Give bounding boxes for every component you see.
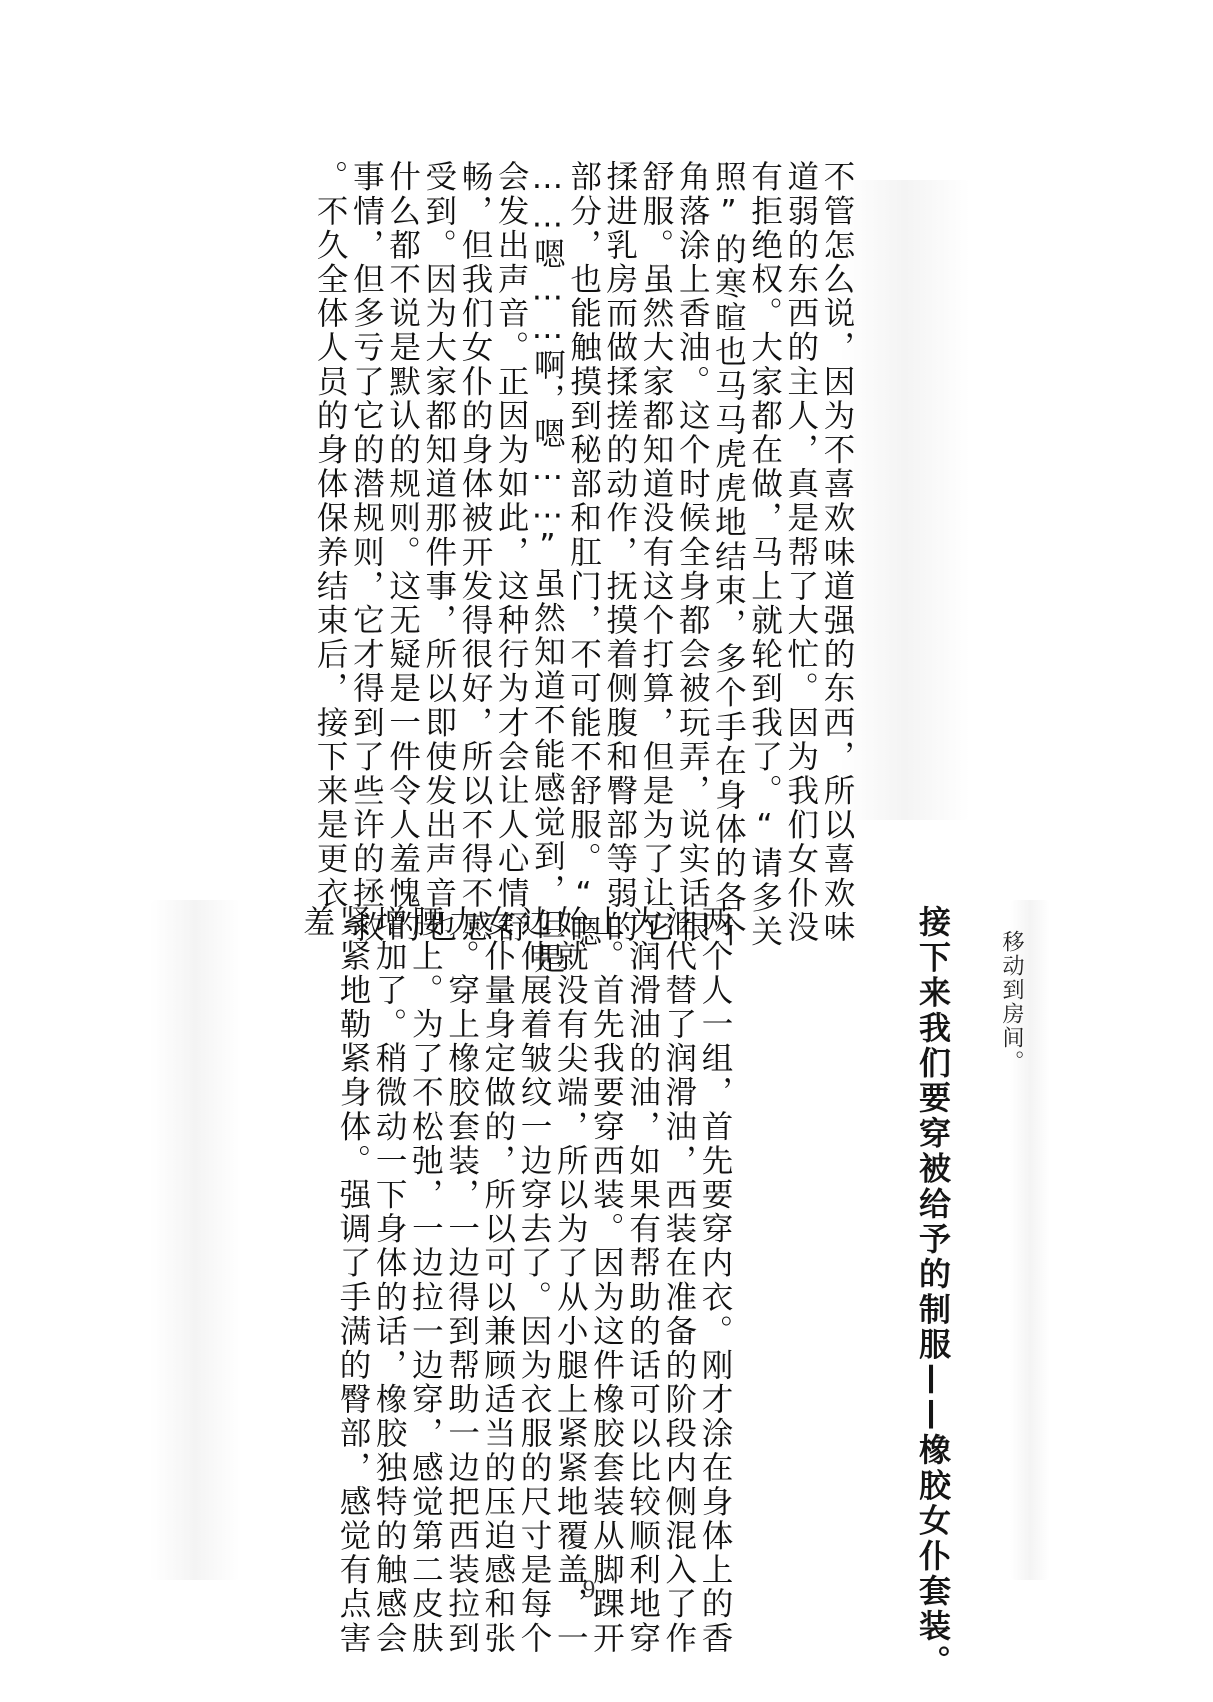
scan-ghost-top	[840, 180, 970, 820]
text-column: 畅，但我们女仆的身体被开发得很好，所以不得不感	[457, 160, 493, 830]
text-column: 什么都不说是默认的规则。这无疑是一件令人羞愧的	[384, 160, 420, 830]
heading-dash: ——	[913, 1363, 953, 1433]
text-column: 紧紧地勒紧身体。强调了手满的臀部，感觉有点害	[335, 905, 371, 1605]
text-column: 上。首先我要穿西装。因为这件橡胶套装从脚踝开	[588, 905, 624, 1605]
text-column: 油代替了润滑油，西装在准备的阶段内侧混入了作	[661, 905, 697, 1605]
book-page: 不管怎么说，因为不喜欢味道强的东西，所以喜欢味 道弱的东西的主人，真是帮了大忙。…	[0, 0, 1213, 1702]
text-column: 照”的寒暄也马马虎虎地结束，多个手在身体的各个	[710, 160, 746, 830]
text-column: 。不久全体人员的身体保养结束后，接下来是更衣	[312, 160, 348, 830]
text-column: 为润滑油的油，如果有帮助的话可以比较顺利地穿	[624, 905, 660, 1605]
text-column: 角落涂上香油。这个时候全身都会被玩弄，说实话很	[674, 160, 710, 830]
text-column: 揉进乳房而做揉搓的动作，抚摸着侧腹和臀部等弱的	[602, 160, 638, 830]
scene-note: 移动到房间。	[997, 930, 1025, 1074]
text-column: 羞	[299, 905, 335, 1605]
section-heading: 接下来我们要穿被给予的制服——橡胶女仆套装。	[913, 905, 953, 1679]
text-column: 事情，但多亏了它的潜规则，它才得到了些许的拯救	[348, 160, 384, 830]
text-column: 道弱的东西的主人，真是帮了大忙。因为我们女仆没	[783, 160, 819, 830]
text-column: 力。穿上橡胶套装，一边得到帮助一边把西装拉到	[443, 905, 479, 1605]
text-column: ……嗯……啊，嗯……”虽然知道不能感觉到，但是	[529, 160, 565, 830]
text-column: 边伸展着皱纹一边穿去了。因为衣服的尺寸是每个	[516, 905, 552, 1605]
text-column: 腰上。为了不松弛，一边拉一边穿，感觉第二皮肤	[407, 905, 443, 1605]
text-column: 部分，也能触摸到秘部和肛门，不可能不舒服。“嗯	[565, 160, 601, 830]
text-column: 舒服。虽然大家都知道没有这个打算，但是为了让它	[638, 160, 674, 830]
page-number: 9	[574, 1576, 604, 1604]
text-column: 增加了。稍微动一下身体的话，橡胶独特的触感会	[371, 905, 407, 1605]
heading-part-2: 橡胶女仆套装。	[914, 1433, 952, 1679]
text-column: 女仆量身定做的，所以可以兼顾适当的压迫感和张	[480, 905, 516, 1605]
scan-ghost-bottom-left	[150, 900, 240, 1580]
body-text-bottom: 两个人一组，首先要穿内衣。刚才涂在身体上的香 油代替了润滑油，西装在准备的阶段内…	[299, 905, 733, 1605]
text-column: 有拒绝权。大家都在做，马上就轮到我了。“请多关	[746, 160, 782, 830]
text-column: 始就没有尖端，所以为了从小腿上紧紧地覆盖，一	[552, 905, 588, 1605]
heading-part-1: 接下来我们要穿被给予的制服	[914, 905, 952, 1363]
text-column: 不管怎么说，因为不喜欢味道强的东西，所以喜欢味	[819, 160, 855, 830]
body-text-top: 不管怎么说，因为不喜欢味道强的东西，所以喜欢味 道弱的东西的主人，真是帮了大忙。…	[312, 160, 855, 830]
text-column: 两个人一组，首先要穿内衣。刚才涂在身体上的香	[697, 905, 733, 1605]
text-column: 受到。因为大家都知道那件事，所以即使发出声音也	[421, 160, 457, 830]
text-column: 会发出声音。正因为如此，这种行为才会让人心情舒	[493, 160, 529, 830]
